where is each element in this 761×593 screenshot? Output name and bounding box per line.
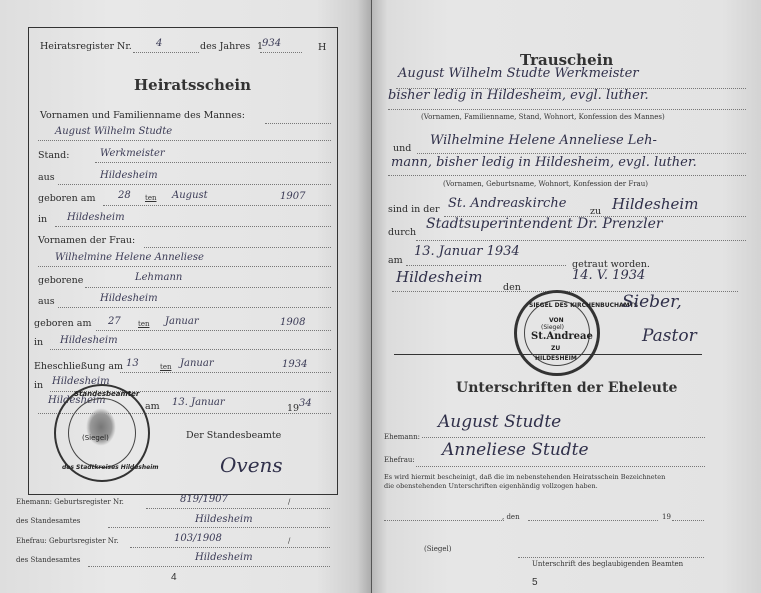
- wife-name-label: Vornamen der Frau:: [38, 235, 135, 246]
- dotted-line: [120, 372, 331, 373]
- pastor-signature-2: Pastor: [642, 326, 697, 346]
- issued-year: 34: [299, 398, 312, 409]
- dotted-line: [265, 123, 331, 124]
- seal-center-text: (Siegel): [82, 434, 109, 442]
- wedding-date: 13. Januar 1934: [414, 244, 520, 259]
- church-value: St. Andreaskirche: [448, 196, 566, 211]
- certification-line-1: Es wird hiermit bescheinigt, daß die im …: [384, 473, 665, 481]
- born-month: August: [172, 190, 208, 201]
- register-label: Heiratsregister Nr.: [40, 41, 132, 52]
- dotted-line: [95, 162, 331, 163]
- dotted-line: [50, 349, 331, 350]
- issued-am-label: am: [145, 401, 160, 412]
- husband-reg-value: 819/1907: [180, 494, 228, 505]
- dotted-line: [133, 52, 199, 53]
- ehefrau-signature: Anneliese Studte: [442, 440, 589, 460]
- ehemann-label: Ehemann:: [384, 433, 420, 441]
- year-label: des Jahres: [200, 41, 250, 52]
- wife-born-label: geboren am: [34, 318, 91, 329]
- dotted-line: [146, 508, 330, 509]
- church-prefix: sind in der: [388, 204, 440, 215]
- husband-reg-label: Ehemann: Geburtsregister Nr.: [16, 498, 124, 506]
- seal-name: St.Andreae: [531, 331, 593, 342]
- born-label: geboren am: [38, 193, 95, 204]
- geborene-label: geborene: [38, 275, 83, 286]
- wife-born-place: Hildesheim: [60, 335, 118, 346]
- marriage-ten: ten: [160, 363, 171, 371]
- husband-name-label: Vornamen und Familienname des Mannes:: [40, 110, 245, 121]
- born-ten: ten: [145, 194, 156, 202]
- dotted-line: [406, 265, 566, 266]
- seal-top-text: Standesbeamter: [74, 390, 139, 398]
- dotted-line: [422, 437, 705, 438]
- marriage-in-label: in: [34, 380, 43, 391]
- wife-reg-label: Ehefrau: Geburtsregister Nr.: [16, 537, 119, 545]
- wife-aus-label: aus: [38, 296, 55, 307]
- wife-caption: (Vornamen, Geburtsname, Wohnort, Konfess…: [443, 180, 648, 188]
- dotted-line: [130, 547, 330, 548]
- wife-office-label: des Standesamtes: [16, 556, 80, 564]
- seal-city: HILDESHEIM: [535, 355, 577, 362]
- left-page: Heiratsregister Nr. 4 des Jahres 1 934 H…: [0, 0, 372, 593]
- blank-year-label: 19: [662, 513, 671, 521]
- right-page: Trauschein August Wilhelm Studte Werkmei…: [372, 0, 761, 593]
- dotted-line: [58, 307, 331, 308]
- page-number: 4: [171, 572, 177, 583]
- document-spread: Heiratsregister Nr. 4 des Jahres 1 934 H…: [0, 0, 761, 593]
- registrar-label: Der Standesbeamte: [186, 430, 281, 441]
- wife-reg-value: 103/1908: [174, 533, 222, 544]
- durch-label: durch: [388, 227, 416, 238]
- am-label: am: [388, 255, 403, 266]
- dotted-line: [38, 140, 331, 141]
- dotted-line: [38, 266, 331, 267]
- stand-label: Stand:: [38, 150, 69, 161]
- wife-born-day: 27: [108, 316, 121, 327]
- dotted-line: [416, 240, 746, 241]
- wife-born-month: Januar: [165, 316, 199, 327]
- born-place: Hildesheim: [67, 212, 125, 223]
- official-caption: Unterschrift des beglaubigenden Beamten: [532, 560, 683, 568]
- husband-office-value: Hildesheim: [195, 514, 253, 525]
- wife-line-1: Wilhelmine Helene Anneliese Leh-: [430, 133, 657, 148]
- dotted-line: [103, 205, 331, 206]
- year-field: [672, 520, 704, 521]
- wife-name: Wilhelmine Helene Anneliese: [55, 252, 204, 263]
- page-number: 5: [532, 577, 538, 588]
- marriage-label: Eheschließung am: [34, 361, 123, 372]
- dotted-line: [417, 153, 746, 154]
- seal-zu: ZU: [551, 345, 560, 352]
- seal-von: VON: [549, 317, 564, 324]
- church-city: Hildesheim: [612, 195, 698, 213]
- husband-line-2: bisher ledig in Hildesheim, evgl. luther…: [388, 88, 649, 103]
- dotted-line: [85, 287, 331, 288]
- official-signature-field: [518, 557, 704, 558]
- date-place-field: [384, 520, 504, 521]
- year-handwritten: 934: [262, 38, 281, 49]
- divider-line: [394, 354, 702, 355]
- pastor-signature-1: Sieber,: [622, 292, 682, 312]
- dotted-line: [96, 330, 331, 331]
- officiant: Stadtsuperintendent Dr. Prenzler: [426, 216, 663, 232]
- born-day: 28: [118, 190, 131, 201]
- dotted-line: [88, 566, 330, 567]
- registrar-seal: Standesbeamter (Siegel) des Stadtkreises…: [54, 384, 150, 482]
- register-letter: H: [318, 42, 326, 53]
- issued-date: 13. Januar: [172, 397, 225, 408]
- wife-aus-value: Hildesheim: [100, 293, 158, 304]
- dotted-line: [260, 52, 302, 53]
- aus-value: Hildesheim: [100, 170, 158, 181]
- wife-born-ten: ten: [138, 320, 149, 328]
- blank-den-label: , den: [502, 513, 520, 521]
- wife-office-value: Hildesheim: [195, 552, 253, 563]
- dotted-line: [55, 226, 331, 227]
- register-number: 4: [156, 38, 162, 49]
- signed-place: Hildesheim: [396, 268, 482, 286]
- signatures-title: Unterschriften der Eheleute: [456, 380, 677, 396]
- seal-siegel: (Siegel): [541, 324, 564, 331]
- und-label: und: [393, 143, 411, 154]
- dotted-line: [144, 247, 331, 248]
- marriage-day: 13: [126, 358, 139, 369]
- husband-line-1: August Wilhelm Studte Werkmeister: [398, 66, 639, 81]
- page-title: Heiratsschein: [134, 76, 251, 94]
- husband-office-label: des Standesamtes: [16, 517, 80, 525]
- registrar-signature: Ovens: [220, 453, 283, 477]
- seal-bottom-text: des Stadtkreises Hildesheim: [62, 464, 159, 471]
- stand-value: Werkmeister: [100, 148, 165, 159]
- ehemann-signature: August Studte: [438, 412, 561, 432]
- slash: /: [288, 498, 290, 506]
- date-field: [528, 520, 658, 521]
- siegel-label: (Siegel): [424, 545, 452, 553]
- dotted-line: [108, 527, 330, 528]
- wife-born-year: 1908: [280, 317, 305, 328]
- geborene-value: Lehmann: [135, 272, 182, 283]
- signed-date: 14. V. 1934: [572, 268, 645, 283]
- ehefrau-label: Ehefrau:: [384, 456, 415, 464]
- certification-line-2: die obenstehenden Unterschriften eigenhä…: [384, 482, 598, 490]
- aus-label: aus: [38, 172, 55, 183]
- born-year: 1907: [280, 191, 305, 202]
- wife-in-label: in: [34, 337, 43, 348]
- husband-caption: (Vornamen, Familienname, Stand, Wohnort,…: [421, 113, 665, 121]
- slash: /: [288, 537, 290, 545]
- wife-line-2: mann, bisher ledig in Hildesheim, evgl. …: [391, 155, 697, 170]
- church-seal: SIEGEL DES KIRCHENBUCHAMTS VON (Siegel) …: [514, 290, 600, 376]
- husband-name: August Wilhelm Studte: [55, 126, 172, 137]
- dotted-line: [388, 175, 746, 176]
- in-label: in: [38, 214, 47, 225]
- marriage-year: 1934: [282, 359, 307, 370]
- marriage-month: Januar: [180, 358, 214, 369]
- dotted-line: [416, 466, 705, 467]
- dotted-line: [388, 109, 746, 110]
- dotted-line: [58, 184, 331, 185]
